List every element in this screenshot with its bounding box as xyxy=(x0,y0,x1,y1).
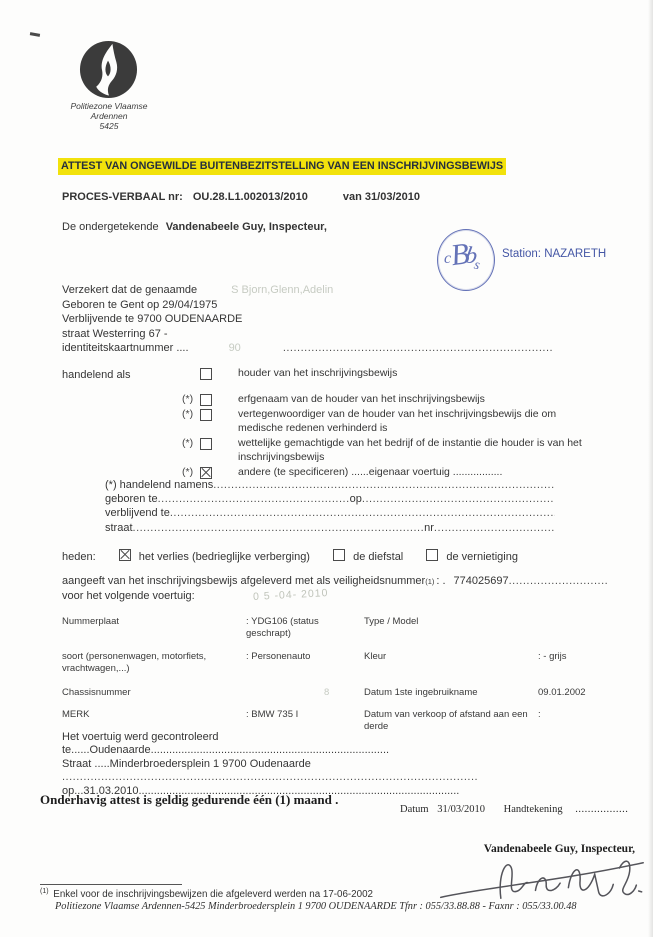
undersigned-line: De ondergetekende Vandenabeele Guy, Insp… xyxy=(62,221,327,233)
first-use-value: 09.01.2002 xyxy=(538,687,607,699)
declaration-option-destruction: de vernietiging xyxy=(426,551,518,563)
document-title: ATTEST VAN ONGEWILDE BUITENBEZITSTELLING… xyxy=(58,160,506,172)
controlled-line: Het voertuig werd gecontroleerd xyxy=(62,731,607,744)
checkbox-representative xyxy=(200,409,212,421)
heden-label: heden: xyxy=(62,551,96,563)
option-label: het verlies (bedrieglijke verberging) xyxy=(139,551,310,563)
checkbox-holder xyxy=(200,368,212,380)
first-use-label: Datum 1ste ingebruikname xyxy=(364,687,532,699)
footnote-rule xyxy=(40,884,182,885)
street-dots: ........................................… xyxy=(133,521,425,535)
street-label: straat xyxy=(105,521,133,535)
pv-date: van 31/03/2010 xyxy=(343,191,420,203)
person-birth-line: Geboren te Gent op 29/04/1975 xyxy=(62,298,554,313)
chassis-value-redacted: 8 xyxy=(246,687,358,699)
police-zone-flame-logo-icon xyxy=(79,40,138,99)
option-label: de diefstal xyxy=(353,551,403,563)
acting-as-option-holder: houder van het inschrijvingsbewijs xyxy=(182,367,602,381)
scan-artifact-mark xyxy=(30,32,40,36)
declaration-option-theft: de diefstal xyxy=(333,551,406,563)
scan-edge-shadow xyxy=(648,0,653,937)
color-value: : - grijs xyxy=(538,651,607,675)
declaration-type-row: heden: het verlies (bedrieglijke verberg… xyxy=(62,548,518,563)
person-street-line: straat Westerring 67 - xyxy=(62,327,554,342)
option-label: erfgenaam van de houder van het inschrij… xyxy=(220,393,602,407)
behalf-residence-line: verblijvend te .........................… xyxy=(105,506,555,520)
table-row: Chassisnummer 8 Datum 1ste ingebruikname… xyxy=(62,687,607,699)
footnote-line: (1) Enkel voor de inschrijvingsbewijzen … xyxy=(40,888,373,900)
plate-value: : YDG106 (status geschrapt) xyxy=(246,616,358,640)
police-seal-stamp-icon: B b c s xyxy=(437,229,495,291)
option-label: wettelijke gemachtigde van het bedrijf o… xyxy=(220,437,602,464)
separator: : . xyxy=(436,574,445,589)
security-number-line: aangeeft van het inschrijvingsbewijs afg… xyxy=(62,574,607,589)
declaration-statement-block: aangeeft van het inschrijvingsbewijs afg… xyxy=(62,574,607,604)
validity-statement: Onderhavig attest is geldig gedurende éé… xyxy=(40,792,338,808)
table-row: Nummerplaat : YDG106 (status geschrapt) … xyxy=(62,616,607,640)
behalf-name-line: (*) handelend namens ...................… xyxy=(105,478,555,492)
on-label: op xyxy=(350,492,362,506)
scanned-attest-document: Politiezone Vlaamse Ardennen 5425 ATTEST… xyxy=(0,0,653,937)
kind-value: : Personenauto xyxy=(246,651,358,675)
caption-line-1: Politiezone Vlaamse xyxy=(50,101,168,111)
chassis-label: Chassisnummer xyxy=(62,687,240,699)
option-label: de vernietiging xyxy=(446,551,518,563)
kind-label: soort (personenwagen, motorfiets, vracht… xyxy=(62,651,240,675)
statement-text: aangeeft van het inschrijvingsbewijs afg… xyxy=(62,574,425,589)
redacted-person-name: S Bjorn,Glenn,Adelin xyxy=(231,283,333,298)
table-row: soort (personenwagen, motorfiets, vracht… xyxy=(62,651,607,675)
undersigned-prefix: De ondergetekende xyxy=(62,221,159,233)
controlled-dots-line: ........................................… xyxy=(62,771,607,784)
police-address-line: Politiezone Vlaamse Ardennen-5425 Minder… xyxy=(55,901,577,912)
idcard-label: identiteitskaartnummer .... xyxy=(62,341,189,356)
option-prefix: (*) xyxy=(182,437,200,464)
type-model-value xyxy=(538,616,607,640)
highlighted-title-text: ATTEST VAN ONGEWILDE BUITENBEZITSTELLING… xyxy=(58,158,506,175)
residing-label: verblijvend te xyxy=(105,506,170,520)
person-idcard-line: identiteitskaartnummer .... 90 .........… xyxy=(62,341,554,356)
option-prefix: (*) xyxy=(182,408,200,435)
option-label: houder van het inschrijvingsbewijs xyxy=(220,367,602,381)
controlled-place-line: te......Oudenaarde......................… xyxy=(62,744,607,757)
checkbox-destruction xyxy=(426,549,438,561)
caption-line-3: 5425 xyxy=(50,121,168,131)
behalf-label: (*) handelend namens xyxy=(105,478,213,492)
pv-number: OU.28.L1.002013/2010 xyxy=(193,191,308,203)
footnote-marker: (1) xyxy=(40,888,49,895)
security-number-dots: .................................... xyxy=(509,574,607,589)
person-name-label: Verzekert dat de genaamde xyxy=(62,283,197,298)
person-name-line: Verzekert dat de genaamde S Bjorn,Glenn,… xyxy=(62,283,554,298)
person-identification-block: Verzekert dat de genaamde S Bjorn,Glenn,… xyxy=(62,283,554,356)
vehicle-control-block: Het voertuig werd gecontroleerd te......… xyxy=(62,731,607,798)
option-prefix: (*) xyxy=(182,393,200,407)
behalf-street-line: straat .................................… xyxy=(105,521,555,535)
brand-value: : BMW 735 I xyxy=(246,709,358,733)
on-dots: ........................................… xyxy=(362,492,555,506)
color-label: Kleur xyxy=(364,651,532,675)
born-dots: ........................................… xyxy=(158,492,350,506)
acting-as-option-legal-agent: (*) wettelijke gemachtigde van het bedri… xyxy=(182,437,602,464)
undersigned-name: Vandenabeele Guy, Inspecteur, xyxy=(166,221,327,233)
sale-date-value: : xyxy=(538,709,607,733)
following-vehicle-line: voor het volgende voertuig: xyxy=(62,589,607,604)
redacted-idcard-number: 90 xyxy=(229,341,241,356)
acting-as-options: houder van het inschrijvingsbewijs (*) e… xyxy=(182,367,602,482)
proces-verbaal-line: PROCES-VERBAAL nr: OU.28.L1.002013/2010 … xyxy=(62,191,420,203)
acting-as-option-heir: (*) erfgenaam van de houder van het insc… xyxy=(182,393,602,407)
behalf-dots: ........................................… xyxy=(213,478,555,492)
date-value: 31/03/2010 xyxy=(437,804,485,815)
caption-line-2: Ardennen xyxy=(50,111,168,121)
option-prefix xyxy=(182,367,200,381)
signature-dots: ................. xyxy=(575,804,628,815)
footnote-text: Enkel voor de inschrijvingsbewijzen die … xyxy=(53,889,373,900)
acting-as-option-representative: (*) vertegenwoordiger van de houder van … xyxy=(182,408,602,435)
date-signature-row: Datum 31/03/2010 Handtekening ..........… xyxy=(400,804,628,815)
type-model-label: Type / Model xyxy=(364,616,532,640)
nr-dots: ........................................… xyxy=(434,521,555,535)
police-zone-caption: Politiezone Vlaamse Ardennen 5425 xyxy=(50,101,168,131)
person-residence-line: Verblijvende te 9700 OUDENAARDE xyxy=(62,312,554,327)
option-label: vertegenwoordiger van de houder van het … xyxy=(220,408,602,435)
checkbox-legal-agent xyxy=(200,438,212,450)
declaration-option-loss: het verlies (bedrieglijke verberging) xyxy=(119,551,313,563)
date-label: Datum xyxy=(400,804,429,815)
acting-as-label: handelend als xyxy=(62,369,131,381)
controlled-street-line: Straat .....Minderbroedersplein 1 9700 O… xyxy=(62,758,607,771)
signature-label: Handtekening xyxy=(504,804,563,815)
checkbox-theft xyxy=(333,549,345,561)
behalf-birth-line: geboren te .............................… xyxy=(105,492,555,506)
plate-label: Nummerplaat xyxy=(62,616,240,640)
nr-label: nr xyxy=(424,521,434,535)
acting-on-behalf-block: (*) handelend namens ...................… xyxy=(105,478,555,535)
checkbox-heir xyxy=(200,394,212,406)
sale-date-label: Datum van verkoop of afstand aan een der… xyxy=(364,709,532,733)
born-label: geboren te xyxy=(105,492,158,506)
idcard-dotted-line: ........................................… xyxy=(283,341,554,356)
pv-label: PROCES-VERBAAL nr: xyxy=(62,191,183,203)
seal-glyph: c xyxy=(444,250,451,268)
security-number-value: 774025697 xyxy=(454,574,509,589)
checkbox-loss xyxy=(119,549,131,561)
residing-dots: ........................................… xyxy=(170,506,555,520)
vehicle-details-table: Nummerplaat : YDG106 (status geschrapt) … xyxy=(62,616,607,733)
footnote-ref-1: (1) xyxy=(425,574,434,589)
station-stamp-text: Station: NAZARETH xyxy=(502,248,606,260)
brand-label: MERK xyxy=(62,709,240,733)
table-row: MERK : BMW 735 I Datum van verkoop of af… xyxy=(62,709,607,733)
